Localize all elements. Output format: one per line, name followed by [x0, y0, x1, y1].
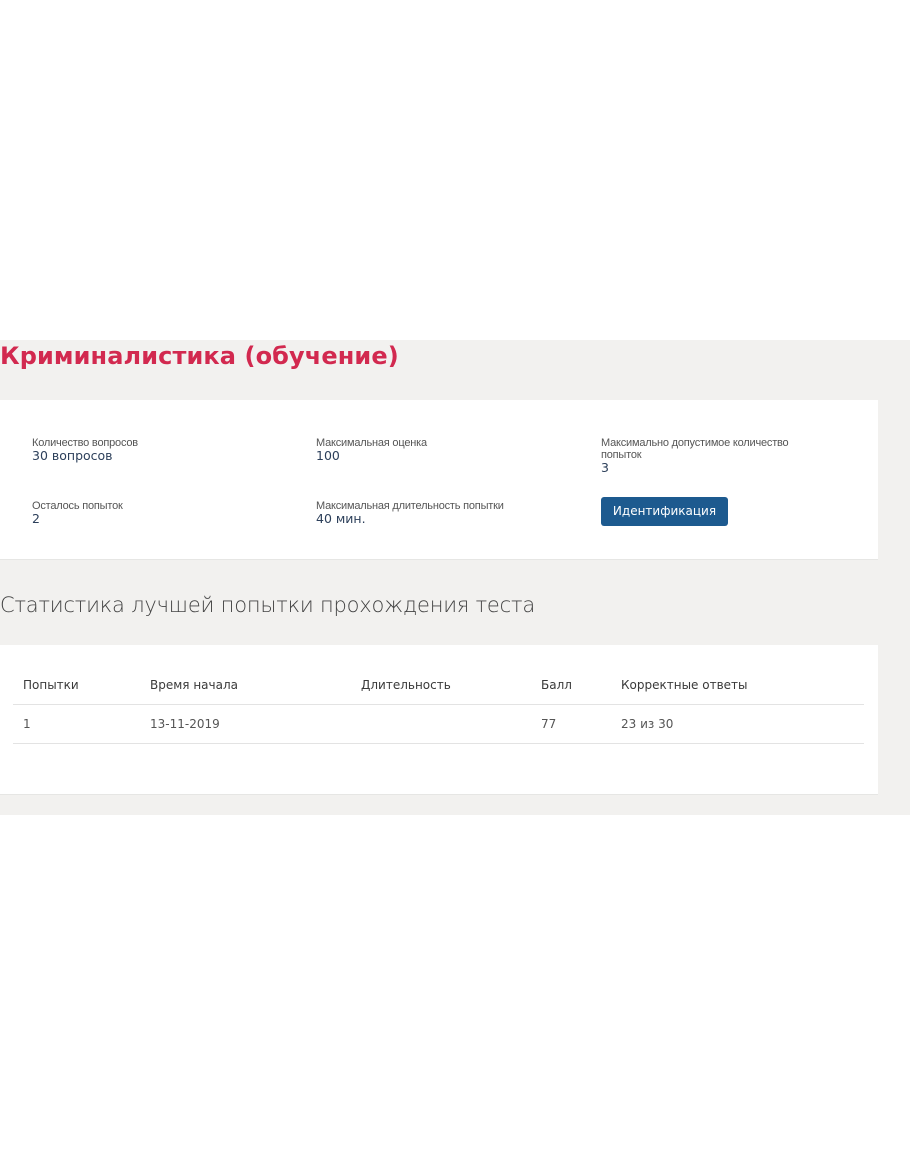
column-header-start-time: Время начала [150, 667, 361, 704]
info-max-duration: Максимальная длительность попытки 40 мин… [316, 500, 504, 526]
info-value: 40 мин. [316, 512, 504, 526]
info-max-attempts: Максимально допустимое количество попыто… [601, 437, 821, 475]
info-questions-count: Количество вопросов 30 вопросов [32, 437, 138, 463]
info-value: 2 [32, 512, 123, 526]
cell-attempt: 1 [13, 704, 150, 743]
column-header-correct-answers: Корректные ответы [621, 667, 864, 704]
table-row: 1 13-11-2019 77 23 из 30 [13, 704, 864, 743]
column-header-score: Балл [541, 667, 621, 704]
info-max-score: Максимальная оценка 100 [316, 437, 427, 463]
test-info-card: Количество вопросов 30 вопросов Максимал… [0, 400, 878, 560]
cell-score: 77 [541, 704, 621, 743]
column-header-duration: Длительность [361, 667, 541, 704]
info-label: Осталось попыток [32, 500, 123, 512]
info-value: 100 [316, 449, 427, 463]
stats-title: Статистика лучшей попытки прохождения те… [0, 591, 535, 619]
stats-table: Попытки Время начала Длительность Балл К… [13, 667, 864, 744]
info-attempts-left: Осталось попыток 2 [32, 500, 123, 526]
identification-button[interactable]: Идентификация [601, 497, 728, 526]
course-title: Криминалистика (обучение) [0, 340, 399, 372]
info-label: Максимально допустимое количество попыто… [601, 437, 821, 461]
info-value: 3 [601, 461, 821, 475]
cell-start-time: 13-11-2019 [150, 704, 361, 743]
table-header-row: Попытки Время начала Длительность Балл К… [13, 667, 864, 704]
column-header-attempts: Попытки [13, 667, 150, 704]
stats-table-card: Попытки Время начала Длительность Балл К… [0, 645, 878, 795]
cell-duration [361, 704, 541, 743]
info-value: 30 вопросов [32, 449, 138, 463]
cell-correct-answers: 23 из 30 [621, 704, 864, 743]
